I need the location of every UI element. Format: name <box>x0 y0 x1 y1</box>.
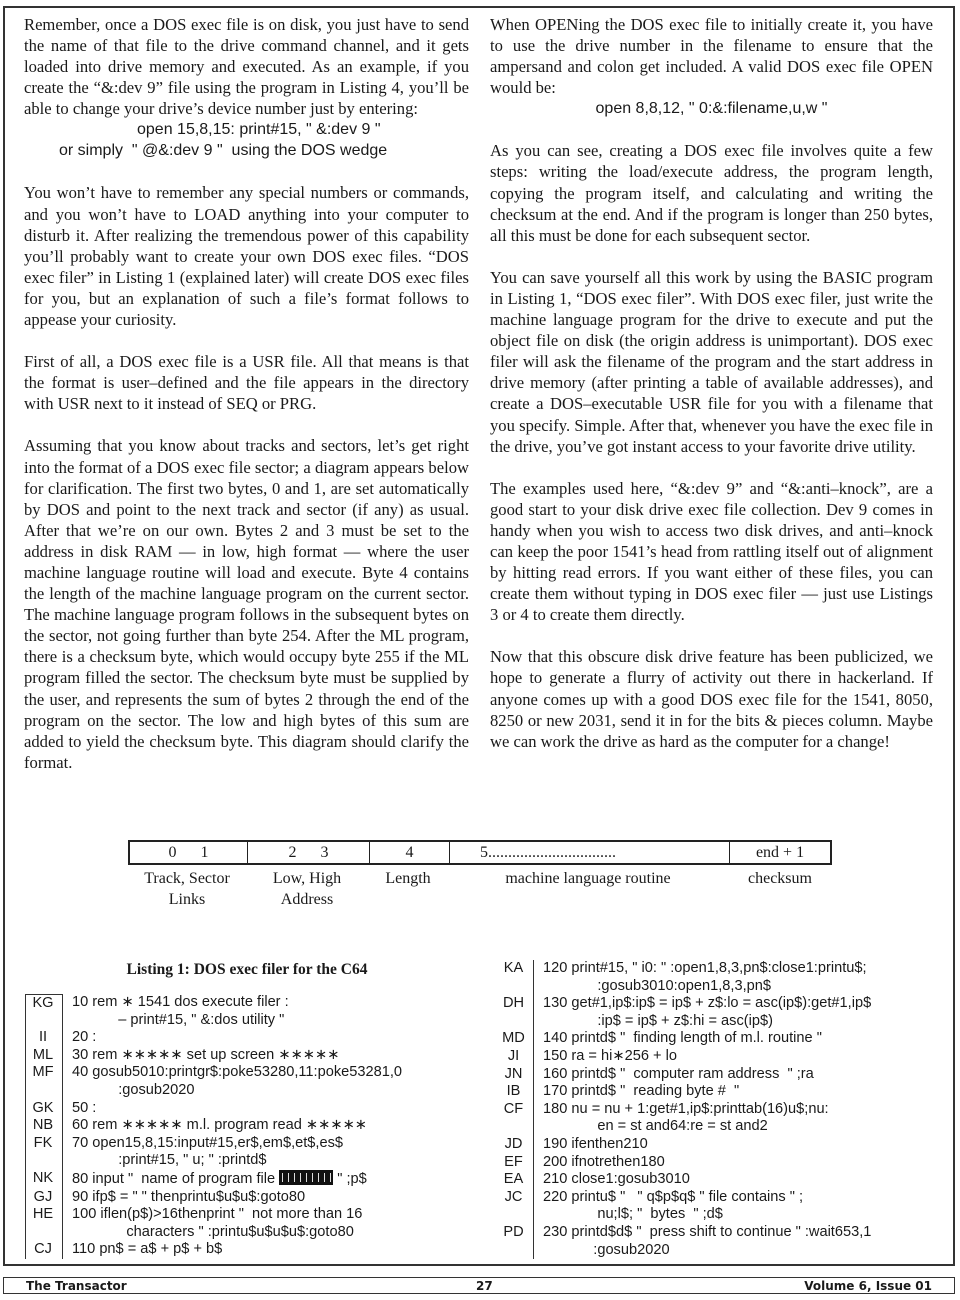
listing-row: PD230 printd$d$ " press shift to continu… <box>496 1224 936 1259</box>
code-line: 180 nu = nu + 1:get#1,ip$:printtab(16)u$… <box>543 1101 829 1119</box>
listing-row: KG10 rem ∗ 1541 dos execute filer : – pr… <box>25 994 465 1029</box>
checksum-code: MD <box>496 1030 534 1048</box>
code-example: open 8,8,12, " 0:&:filename,u,w " <box>490 98 933 119</box>
paragraph: Now that this obscure disk drive feature… <box>490 646 933 751</box>
label-line: checksum <box>728 868 832 889</box>
listing-row: JI150 ra = hi∗256 + lo <box>496 1048 936 1066</box>
byte-range: 4 <box>406 844 414 862</box>
reverse-video-block-icon <box>279 1170 333 1185</box>
code-line: 150 ra = hi∗256 + lo <box>534 1048 677 1066</box>
listing-row: ML30 rem ∗∗∗∗∗ set up screen ∗∗∗∗∗ <box>25 1047 465 1065</box>
diagram-cell-address: 2 3 <box>248 842 370 863</box>
listing-row: EF200 ifnotrethen180 <box>496 1154 936 1172</box>
code-line: 10 rem ∗ 1541 dos execute filer : <box>72 994 289 1012</box>
byte-range: 2 3 <box>289 844 329 862</box>
code-line: 110 pn$ = a$ + p$ + b$ <box>63 1241 222 1259</box>
checksum-code: PD <box>496 1224 534 1259</box>
paragraph: You won’t have to remember any special n… <box>24 182 469 330</box>
listing-row: GK50 : <box>25 1100 465 1118</box>
code-example: or simply " @&:dev 9 " using the DOS wed… <box>24 140 469 161</box>
listing-row: CJ110 pn$ = a$ + p$ + b$ <box>25 1241 465 1259</box>
checksum-code: EF <box>496 1154 534 1172</box>
code-line: :gosub2020 <box>72 1082 402 1100</box>
byte-range: end + 1 <box>756 844 804 862</box>
code-line: 160 printd$ " computer ram address " ;ra <box>534 1066 814 1084</box>
code-example: open 15,8,15: print#15, " &:dev 9 " <box>24 119 469 140</box>
code-line: 70 open15,8,15:input#15,er$,em$,et$,es$ <box>72 1135 343 1153</box>
diagram-label: Length <box>368 868 448 889</box>
code-line: 130 get#1,ip$:ip$ = ip$ + z$:lo = asc(ip… <box>543 995 871 1013</box>
checksum-code: FK <box>25 1135 63 1170</box>
code-line: 140 printd$ " finding length of m.l. rou… <box>534 1030 822 1048</box>
publication-name: The Transactor <box>26 1279 127 1293</box>
code-line: 170 printd$ " reading byte # " <box>534 1083 739 1101</box>
byte-range: 5................................ <box>480 844 616 862</box>
checksum-code: JC <box>496 1189 534 1224</box>
sector-diagram: 0 1 2 3 4 5.............................… <box>128 840 832 865</box>
checksum-code: MF <box>25 1064 63 1099</box>
checksum-code: KG <box>25 994 63 1029</box>
checksum-code: KA <box>496 960 534 995</box>
code-line: 30 rem ∗∗∗∗∗ set up screen ∗∗∗∗∗ <box>63 1047 339 1065</box>
paragraph: First of all, a DOS exec file is a USR f… <box>24 351 469 414</box>
diagram-cell-routine: 5................................ <box>450 842 730 863</box>
paragraph: When OPENing the DOS exec file to initia… <box>490 14 933 98</box>
checksum-code: NB <box>25 1117 63 1135</box>
listing-row: NK80 input " name of program file " ;p$ <box>25 1170 465 1189</box>
listing-row: JC220 printu$ " " q$p$q$ " file contains… <box>496 1189 936 1224</box>
listing-row: GJ90 ifp$ = " " thenprintu$u$u$:goto80 <box>25 1189 465 1207</box>
checksum-code: GJ <box>25 1189 63 1207</box>
checksum-code: IB <box>496 1083 534 1101</box>
diagram-cell-links: 0 1 <box>130 842 248 863</box>
paragraph: Assuming that you know about tracks and … <box>24 435 469 773</box>
code-line: 40 gosub5010:printgr$:poke53280,11:poke5… <box>72 1064 402 1082</box>
code-line: 220 printu$ " " q$p$q$ " file contains "… <box>543 1189 803 1207</box>
listing-row: HE100 iflen(p$)>16thenprint " not more t… <box>25 1206 465 1241</box>
code-line: 200 ifnotrethen180 <box>534 1154 665 1172</box>
label-line: Links <box>128 889 246 910</box>
label-line: Length <box>368 868 448 889</box>
code-line: 230 printd$d$ " press shift to continue … <box>543 1224 871 1242</box>
listing-row: MD140 printd$ " finding length of m.l. r… <box>496 1030 936 1048</box>
listing-row: IB170 printd$ " reading byte # " <box>496 1083 936 1101</box>
code-line: 20 : <box>63 1029 96 1047</box>
checksum-code: JN <box>496 1066 534 1084</box>
checksum-code: II <box>25 1029 63 1047</box>
code-line: 90 ifp$ = " " thenprintu$u$u$:goto80 <box>63 1189 305 1207</box>
listing-row: KA120 print#15, " i0: " :open1,8,3,pn$:c… <box>496 960 936 995</box>
checksum-code: HE <box>25 1206 63 1241</box>
code-line: " ;p$ <box>333 1171 367 1187</box>
issue-label: Volume 6, Issue 01 <box>804 1279 932 1293</box>
checksum-code: GK <box>25 1100 63 1118</box>
paragraph: Remember, once a DOS exec file is on dis… <box>24 14 469 119</box>
checksum-code: CJ <box>25 1241 63 1259</box>
diagram-cell-checksum: end + 1 <box>730 842 830 863</box>
page-footer: The Transactor 27 Volume 6, Issue 01 <box>3 1277 955 1294</box>
diagram-cell-length: 4 <box>370 842 450 863</box>
label-line: Track, Sector <box>128 868 246 889</box>
diagram-label: checksum <box>728 868 832 889</box>
code-line: 80 input " name of program file <box>72 1171 279 1187</box>
code-line: characters " :printu$u$u$u$:goto80 <box>72 1224 362 1242</box>
listing-row: EA210 close1:gosub3010 <box>496 1171 936 1189</box>
checksum-code: DH <box>496 995 534 1030</box>
code-line: 210 close1:gosub3010 <box>534 1171 690 1189</box>
listing-left: KG10 rem ∗ 1541 dos execute filer : – pr… <box>25 994 465 1259</box>
code-line: nu;l$; " bytes " ;d$ <box>543 1206 803 1224</box>
listing-row: II20 : <box>25 1029 465 1047</box>
code-line: 100 iflen(p$)>16thenprint " not more tha… <box>72 1206 362 1224</box>
listing-row: FK70 open15,8,15:input#15,er$,em$,et$,es… <box>25 1135 465 1170</box>
checksum-code: JI <box>496 1048 534 1066</box>
left-column: Remember, once a DOS exec file is on dis… <box>24 14 469 773</box>
byte-range: 0 1 <box>169 844 209 862</box>
checksum-code: NK <box>25 1170 63 1189</box>
right-column: When OPENing the DOS exec file to initia… <box>490 14 933 752</box>
paragraph: As you can see, creating a DOS exec file… <box>490 140 933 245</box>
label-line: machine language routine <box>448 868 728 889</box>
code-line: 50 : <box>63 1100 96 1118</box>
label-line: Address <box>246 889 368 910</box>
listing-row: MF40 gosub5010:printgr$:poke53280,11:pok… <box>25 1064 465 1099</box>
paragraph: The examples used here, “&:dev 9” and “&… <box>490 478 933 626</box>
checksum-code: JD <box>496 1136 534 1154</box>
code-line: 60 rem ∗∗∗∗∗ m.l. program read ∗∗∗∗∗ <box>63 1117 367 1135</box>
code-line: :gosub3010:open1,8,3,pn$ <box>543 978 867 996</box>
code-line: 120 print#15, " i0: " :open1,8,3,pn$:clo… <box>543 960 867 978</box>
listing-right: KA120 print#15, " i0: " :open1,8,3,pn$:c… <box>496 960 936 1259</box>
code-line: :print#15, " u; " :printd$ <box>72 1152 343 1170</box>
listing-row: NB60 rem ∗∗∗∗∗ m.l. program read ∗∗∗∗∗ <box>25 1117 465 1135</box>
diagram-labels: Track, Sector Links Low, High Address Le… <box>128 868 832 912</box>
code-line: 190 ifenthen210 <box>534 1136 648 1154</box>
diagram-label: machine language routine <box>448 868 728 889</box>
diagram-label: Low, High Address <box>246 868 368 910</box>
checksum-code: EA <box>496 1171 534 1189</box>
page-number: 27 <box>476 1279 493 1293</box>
listing-row: JD190 ifenthen210 <box>496 1136 936 1154</box>
listing-row: DH130 get#1,ip$:ip$ = ip$ + z$:lo = asc(… <box>496 995 936 1030</box>
checksum-code: ML <box>25 1047 63 1065</box>
label-line: Low, High <box>246 868 368 889</box>
listing-title: Listing 1: DOS exec filer for the C64 <box>112 961 382 979</box>
code-line: :gosub2020 <box>543 1242 871 1260</box>
paragraph: You can save yourself all this work by u… <box>490 267 933 457</box>
listing-row: CF180 nu = nu + 1:get#1,ip$:printtab(16)… <box>496 1101 936 1136</box>
code-line: :ip$ = ip$ + z$:hi = asc(ip$) <box>543 1013 871 1031</box>
diagram-label: Track, Sector Links <box>128 868 246 910</box>
code-line: – print#15, " &:dos utility " <box>72 1012 289 1030</box>
checksum-code: CF <box>496 1101 534 1136</box>
code-line: en = st and64:re = st and2 <box>543 1118 829 1136</box>
listing-row: JN160 printd$ " computer ram address " ;… <box>496 1066 936 1084</box>
